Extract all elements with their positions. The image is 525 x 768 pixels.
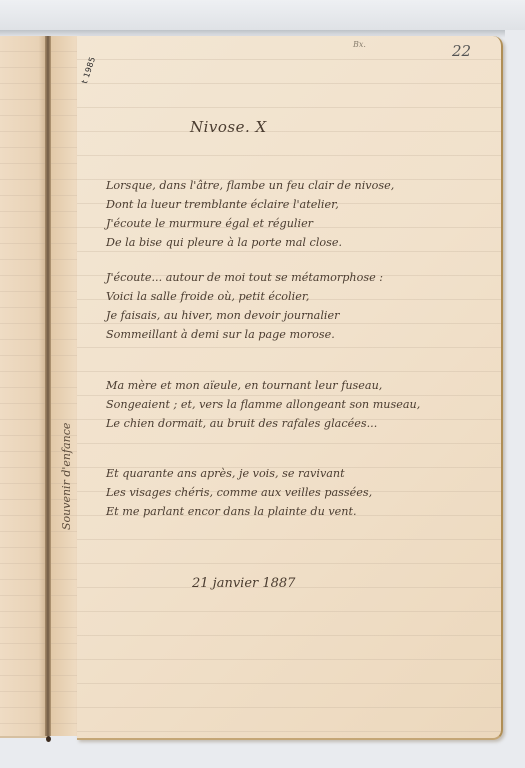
poem-line: Sommeillant à demi sur la page morose. xyxy=(106,325,383,344)
poem-line: Songeaient ; et, vers la flamme allongea… xyxy=(106,395,420,414)
stanza-4: Et quarante ans après, je vois, se raviv… xyxy=(106,464,372,521)
binding-hole-icon xyxy=(46,736,51,742)
corner-mark: Bx. xyxy=(353,40,366,49)
left-page xyxy=(0,36,48,738)
poem-line: Je faisais, au hiver, mon devoir journal… xyxy=(106,306,383,325)
poem-line: Le chien dormait, au bruit des rafales g… xyxy=(106,414,420,433)
poem-line: Les visages chéris, comme aux veilles pa… xyxy=(106,483,372,502)
poem-line: De la bise qui pleure à la porte mal clo… xyxy=(106,233,394,252)
poem-title: Nivose. X xyxy=(190,118,267,136)
poem-line: J'écoute le murmure égal et régulier xyxy=(106,214,394,233)
margin-annotation: Souvenir d'enfance xyxy=(60,423,73,530)
poem-line: Et quarante ans après, je vois, se raviv… xyxy=(106,464,372,483)
poem-line: Et me parlant encor dans la plainte du v… xyxy=(106,502,372,521)
stanza-2: J'écoute... autour de moi tout se métamo… xyxy=(106,268,383,344)
stanza-1: Lorsque, dans l'âtre, flambe un feu clai… xyxy=(106,176,394,252)
poem-date: 21 janvier 1887 xyxy=(192,576,295,591)
poem-line: Dont la lueur tremblante éclaire l'ateli… xyxy=(106,195,394,214)
scan-background xyxy=(0,0,525,30)
poem-line: J'écoute... autour de moi tout se métamo… xyxy=(106,268,383,287)
folio-number: 22 xyxy=(452,42,471,60)
poem-line: Voici la salle froide où, petit écolier, xyxy=(106,287,383,306)
poem-line: Ma mère et mon aïeule, en tournant leur … xyxy=(106,376,420,395)
torn-page-stub xyxy=(51,36,78,736)
poem-line: Lorsque, dans l'âtre, flambe un feu clai… xyxy=(106,176,394,195)
stanza-3: Ma mère et mon aïeule, en tournant leur … xyxy=(106,376,420,433)
